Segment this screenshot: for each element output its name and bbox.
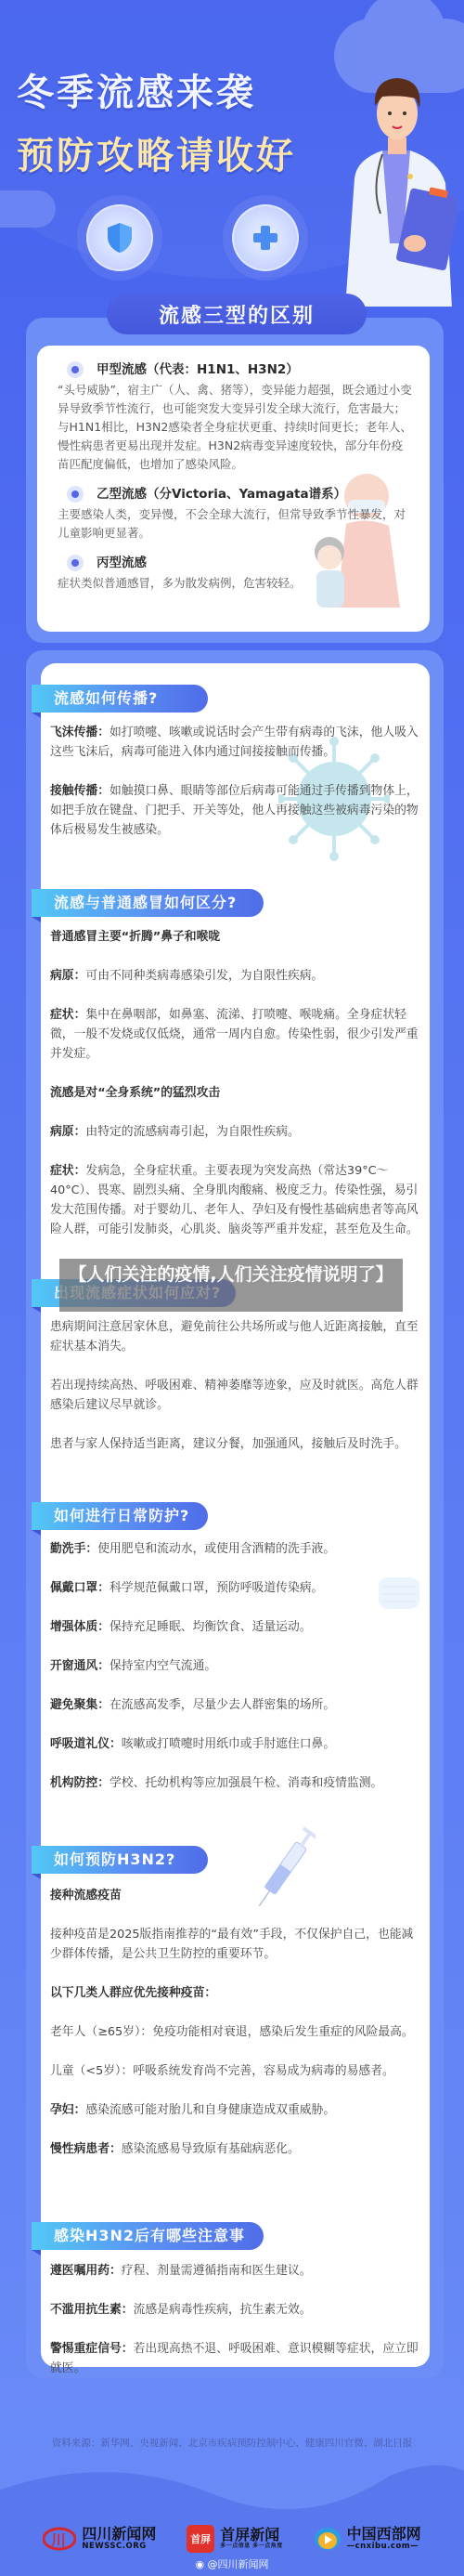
section-body-difference: 普通感冒主要“折腾”鼻子和喉咙 病原：可由不同种类病毒感染引发，为自限性疾病。 … [50, 927, 421, 1259]
flu-types-heading: 流感三型的区别 [107, 294, 367, 334]
cold-item: 症状：集中在鼻咽部，如鼻塞、流涕、打喷嚏、喉咙痛。全身症状轻微，一般不发烧或仅低… [50, 1005, 421, 1064]
transmission-item: 接触传播：如触摸口鼻、眼睛等部位后病毒可能通过手传播到物体上，如把手放在键盘、门… [50, 781, 421, 840]
section-body-transmission: 飞沫传播：如打喷嚏、咳嗽或说话时会产生带有病毒的飞沫，他人吸入这些飞沫后，病毒可… [50, 723, 421, 859]
section-heading-difference: 流感与普通感冒如何区分? [32, 889, 264, 917]
section-body-daily-protection: 勤洗手：使用肥皂和流动水，或使用含酒精的洗手液。 佩戴口罩：科学规范佩戴口罩，预… [50, 1539, 421, 1812]
section-heading-transmission: 流感如何传播? [32, 685, 208, 713]
bullet-dot-icon [67, 361, 84, 378]
hero-title-line1: 冬季流感来袭 [17, 63, 256, 116]
flu-type-description: 症状类似普通感冒，多为散发病例，危害较轻。 [54, 574, 413, 593]
cloud-decoration [0, 190, 56, 228]
precaution-item: 警惕重症信号：若出现高热不退、呼吸困难、意识模糊等症状，应立即就医。 [50, 2339, 421, 2378]
section-heading-h3n2-prevention: 如何预防H3N2? [32, 1846, 208, 1874]
partner-logos: 川 四川新闻网NEWSSC.ORG 首屏 首屏新闻多一点信息 多一点角度 中国西… [0, 2517, 464, 2559]
infographic-page: 冬季流感来袭 预防攻略请收好 流感三型的区别 [0, 0, 464, 2576]
doctor-illustration [336, 58, 457, 307]
flu-types-card: 甲型流感（代表：H1N1、H3N2） “头号威胁”，宿主广（人、禽、猪等），变异… [37, 346, 430, 632]
hero-title-line2: 预防攻略请收好 [17, 126, 296, 179]
flu-type-title: 乙型流感（分Victoria、Yamagata谱系） [54, 483, 413, 505]
sources-text: 资料来源：新华网、央视新闻、北京市疾病预防控制中心、健康四川官微、湖北日报 [0, 2436, 464, 2450]
shouping-logo-icon: 首屏 [187, 2525, 214, 2553]
logo-shouping: 首屏 首屏新闻多一点信息 多一点角度 [187, 2525, 283, 2553]
precaution-item: 遵医嘱用药：疗程、剂量需遵循指南和医生建议。 [50, 2261, 421, 2281]
logo-newssc: 川 四川新闻网NEWSSC.ORG [43, 2526, 156, 2551]
flu-type-c: 丙型流感 症状类似普通感冒，多为散发病例，危害较轻。 [54, 552, 413, 593]
weibo-icon: ◉ [195, 2558, 207, 2570]
cold-item: 病原：可由不同种类病毒感染引发，为自限性疾病。 [50, 966, 421, 986]
weibo-watermark: ◉ @四川新闻网 [0, 2556, 464, 2571]
logo-cnxibu: 中国西部网—cnxibu.com— [314, 2526, 421, 2552]
priority-group: 慢性病患者：感染流感易导致原有基础病恶化。 [50, 2139, 421, 2159]
precaution-item: 不滥用抗生素：流感是病毒性疾病，抗生素无效。 [50, 2300, 421, 2320]
protection-item: 开窗通风：保持室内空气流通。 [50, 1656, 421, 1676]
protection-item: 机构防控：学校、托幼机构等应加强晨午检、消毒和疫情监测。 [50, 1773, 421, 1793]
response-paragraph: 患病期间注意居家休息，避免前往公共场所或与他人近距离接触，直至症状基本消失。 [50, 1317, 421, 1356]
cold-subheading: 普通感冒主要“折腾”鼻子和喉咙 [50, 930, 220, 944]
response-paragraph: 若出现持续高热、呼吸困难、精神萎靡等迹象，应及时就医。高危人群感染后建议尽早就诊… [50, 1376, 421, 1415]
flu-item: 病原：由特定的流感病毒引起，为自限性疾病。 [50, 1122, 421, 1142]
vaccine-text: 接种疫苗是2025版指南推荐的“最有效”手段，不仅保护自己，也能减少群体传播，是… [50, 1925, 421, 1964]
priority-group: 孕妇：感染流感可能对胎儿和自身健康造成双重威胁。 [50, 2100, 421, 2120]
flu-subheading: 流感是对“全身系统”的猛烈攻击 [50, 1086, 220, 1100]
protection-item: 避免聚集：在流感高发季，尽量少去人群密集的场所。 [50, 1695, 421, 1715]
shield-icon [86, 204, 153, 271]
cnxibu-logo-icon [314, 2526, 342, 2552]
bullet-dot-icon [67, 555, 84, 571]
hero-banner: 冬季流感来袭 预防攻略请收好 [0, 0, 464, 307]
section-body-h3n2-prevention: 接种流感疫苗 接种疫苗是2025版指南推荐的“最有效”手段，不仅保护自己，也能减… [50, 1886, 421, 2178]
protection-item: 佩戴口罩：科学规范佩戴口罩，预防呼吸道传染病。 [50, 1578, 421, 1598]
protection-item: 勤洗手：使用肥皂和流动水，或使用含酒精的洗手液。 [50, 1539, 421, 1559]
svg-text:川: 川 [51, 2532, 66, 2549]
overlay-caption: 【人们关注的疫情,人们关注疫情说明了】 [59, 1259, 403, 1312]
flu-type-description: 主要感染人类，变异慢，不会全球大流行，但常导致季节性暴发，对儿童影响更显著。 [54, 505, 413, 543]
transmission-item: 飞沫传播：如打喷嚏、咳嗽或说话时会产生带有病毒的飞沫，他人吸入这些飞沫后，病毒可… [50, 723, 421, 762]
section-body-response: 患病期间注意居家休息，避免前往公共场所或与他人近距离接触，直至症状基本消失。 若… [50, 1317, 421, 1473]
priority-group: 儿童（<5岁）：呼吸系统发育尚不完善，容易成为病毒的易感者。 [50, 2061, 421, 2081]
bullet-dot-icon [67, 486, 84, 503]
section-body-after-infection: 遵医嘱用药：疗程、剂量需遵循指南和医生建议。 不滥用抗生素：流感是病毒性疾病，抗… [50, 2261, 421, 2398]
priority-subheading: 以下几类人群应优先接种疫苗： [50, 1986, 216, 2000]
section-heading-daily-protection: 如何进行日常防护? [32, 1502, 208, 1530]
vaccine-subheading: 接种流感疫苗 [50, 1889, 122, 1903]
flu-type-b: 乙型流感（分Victoria、Yamagata谱系） 主要感染人类，变异慢，不会… [54, 483, 413, 543]
protection-item: 增强体质：保持充足睡眠、均衡饮食、适量运动。 [50, 1617, 421, 1637]
plus-icon [232, 204, 299, 271]
section-heading-after-infection: 感染H3N2后有哪些注意事项? [32, 2222, 264, 2250]
flu-type-a: 甲型流感（代表：H1N1、H3N2） “头号威胁”，宿主广（人、禽、猪等），变异… [54, 359, 413, 474]
flu-type-title: 甲型流感（代表：H1N1、H3N2） [54, 359, 413, 381]
flu-item: 症状：发病急，全身症状重。主要表现为突发高热（常达39°C～40°C）、畏寒、剧… [50, 1161, 421, 1239]
flu-type-description: “头号威胁”，宿主广（人、禽、猪等），变异能力超强，既会通过小变异导致季节性流行… [54, 381, 413, 474]
protection-item: 呼吸道礼仪：咳嗽或打喷嚏时用纸巾或手肘遮住口鼻。 [50, 1734, 421, 1754]
newssc-logo-icon: 川 [43, 2527, 76, 2551]
priority-group: 老年人（≥65岁）：免疫功能相对衰退，感染后发生重症的风险最高。 [50, 2022, 421, 2042]
response-paragraph: 患者与家人保持适当距离，建议分餐，加强通风，接触后及时洗手。 [50, 1434, 421, 1454]
flu-type-title: 丙型流感 [54, 552, 413, 574]
